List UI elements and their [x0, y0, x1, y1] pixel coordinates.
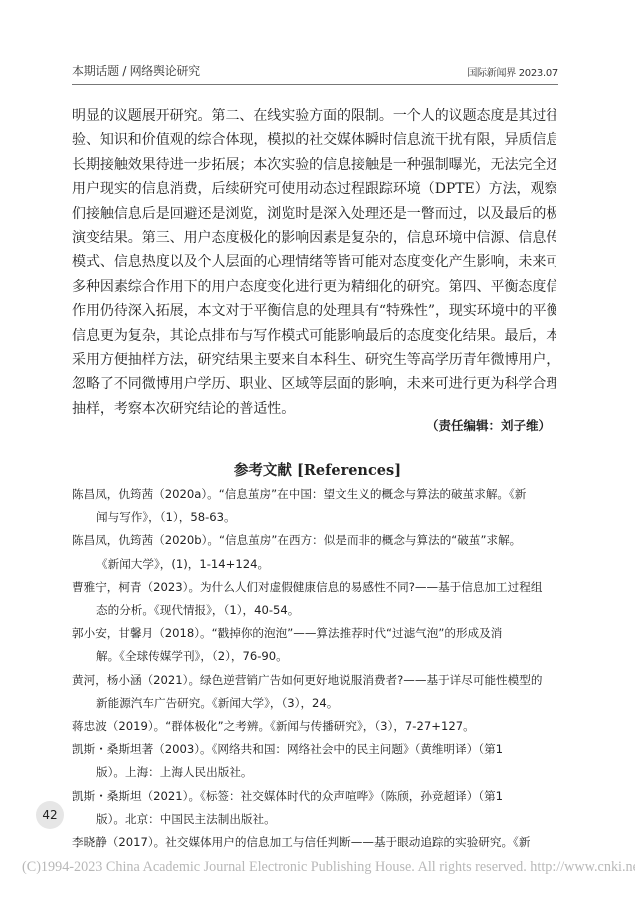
body-line: 明显的议题展开研究。第二、在线实验方面的限制。一个人的议题态度是其过往经 [72, 104, 556, 128]
body-line: 用户现实的信息消费，后续研究可使用动态过程跟踪环境（DPTE）方法，观察人 [72, 177, 556, 201]
reference-line: 郭小安，甘馨月（2018）。“戳掉你的泡泡”——算法推荐时代“过滤气泡”的形成及… [72, 622, 562, 645]
reference-item: 陈昌凤，仇筠茜（2020a）。“信息茧房”在中国：望文生义的概念与算法的破茧求解… [72, 483, 562, 529]
body-line: 信息更为复杂，其论点排布与写作模式可能影响最后的态度变化结果。最后，本文 [72, 324, 556, 348]
reference-line-continued: 版）。北京：中国民主法制出版社。 [72, 808, 562, 831]
page-number-badge: 42 [36, 801, 64, 829]
reference-item: 凯斯・桑斯坦（2021）。《标签：社交媒体时代的众声喧哗》（陈颀，孙竞超译）（第… [72, 785, 562, 831]
reference-item: 李晓静（2017）。社交媒体用户的信息加工与信任判断——基于眼动追踪的实验研究。… [72, 831, 562, 854]
body-line: 忽略了不同微博用户学历、职业、区域等层面的影响，未来可进行更为科学合理的 [72, 372, 556, 396]
body-line: 作用仍待深入拓展，本文对于平衡信息的处理具有“特殊性”，现实环境中的平衡 [72, 299, 556, 323]
references-heading: 参考文献 [References] [0, 459, 635, 480]
running-header: 本期话题 / 网络舆论研究 国际新闻界 2023.07 [72, 62, 558, 85]
body-line: 采用方便抽样方法，研究结果主要来自本科生、研究生等高学历青年微博用户，这 [72, 348, 556, 372]
reference-item: 凯斯・桑斯坦著（2003）。《网络共和国：网络社会中的民主问题》（黄维明译）（第… [72, 738, 562, 784]
body-line: 演变结果。第三、用户态度极化的影响因素是复杂的，信息环境中信源、信息传播 [72, 226, 556, 250]
body-line: 长期接触效果待进一步拓展；本次实验的信息接触是一种强制曝光，无法完全还原 [72, 153, 556, 177]
reference-item: 陈昌凤，仇筠茜（2020b）。“信息茧房”在西方：似是而非的概念与算法的“破茧”… [72, 529, 562, 575]
reference-line: 蒋忠波（2019）。“群体极化”之考辨。《新闻与传播研究》，（3），7-27+1… [72, 715, 562, 738]
reference-line-continued: 解。《全球传媒学刊》，（2），76-90。 [72, 645, 562, 668]
copyright-footer: (C)1994-2023 China Academic Journal Elec… [22, 859, 635, 876]
reference-line-continued: 态的分析。《现代情报》，（1），40-54。 [72, 599, 562, 622]
editor-note: （责任编辑：刘子维） [426, 416, 551, 434]
body-line: 验、知识和价值观的综合体现，模拟的社交媒体瞬时信息流干扰有限，异质信息的 [72, 128, 556, 152]
reference-item: 郭小安，甘馨月（2018）。“戳掉你的泡泡”——算法推荐时代“过滤气泡”的形成及… [72, 622, 562, 668]
reference-line: 凯斯・桑斯坦（2021）。《标签：社交媒体时代的众声喧哗》（陈颀，孙竞超译）（第… [72, 785, 562, 808]
reference-line-continued: 闻与写作》，（1），58-63。 [72, 506, 562, 529]
journal-issue: 国际新闻界 2023.07 [467, 64, 558, 79]
reference-line-continued: 版）。上海：上海人民出版社。 [72, 761, 562, 784]
reference-item: 黄河，杨小涵（2021）。绿色逆营销广告如何更好地说服消费者?——基于详尽可能性… [72, 669, 562, 715]
reference-line: 曹雅宁，柯青（2023）。为什么人们对虚假健康信息的易感性不同?——基于信息加工… [72, 576, 562, 599]
reference-list: 陈昌凤，仇筠茜（2020a）。“信息茧房”在中国：望文生义的概念与算法的破茧求解… [72, 483, 562, 854]
body-line: 们接触信息后是回避还是浏览，浏览时是深入处理还是一瞥而过，以及最后的极化 [72, 202, 556, 226]
section-title: 本期话题 / 网络舆论研究 [72, 62, 200, 79]
body-line: 多种因素综合作用下的用户态度变化进行更为精细化的研究。第四、平衡态度信息 [72, 275, 556, 299]
reference-line-continued: 《新闻大学》，(1)，1-14+124。 [72, 553, 562, 576]
reference-line: 李晓静（2017）。社交媒体用户的信息加工与信任判断——基于眼动追踪的实验研究。… [72, 831, 562, 854]
reference-item: 曹雅宁，柯青（2023）。为什么人们对虚假健康信息的易感性不同?——基于信息加工… [72, 576, 562, 622]
reference-line-continued: 新能源汽车广告研究。《新闻大学》，（3），24。 [72, 692, 562, 715]
reference-line: 陈昌凤，仇筠茜（2020b）。“信息茧房”在西方：似是而非的概念与算法的“破茧”… [72, 529, 562, 552]
body-paragraph: 明显的议题展开研究。第二、在线实验方面的限制。一个人的议题态度是其过往经 验、知… [72, 104, 556, 421]
body-line: 模式、信息热度以及个人层面的心理情绪等皆可能对态度变化产生影响，未来可对 [72, 250, 556, 274]
reference-item: 蒋忠波（2019）。“群体极化”之考辨。《新闻与传播研究》，（3），7-27+1… [72, 715, 562, 738]
reference-line: 黄河，杨小涵（2021）。绿色逆营销广告如何更好地说服消费者?——基于详尽可能性… [72, 669, 562, 692]
reference-line: 陈昌凤，仇筠茜（2020a）。“信息茧房”在中国：望文生义的概念与算法的破茧求解… [72, 483, 562, 506]
reference-line: 凯斯・桑斯坦著（2003）。《网络共和国：网络社会中的民主问题》（黄维明译）（第… [72, 738, 562, 761]
